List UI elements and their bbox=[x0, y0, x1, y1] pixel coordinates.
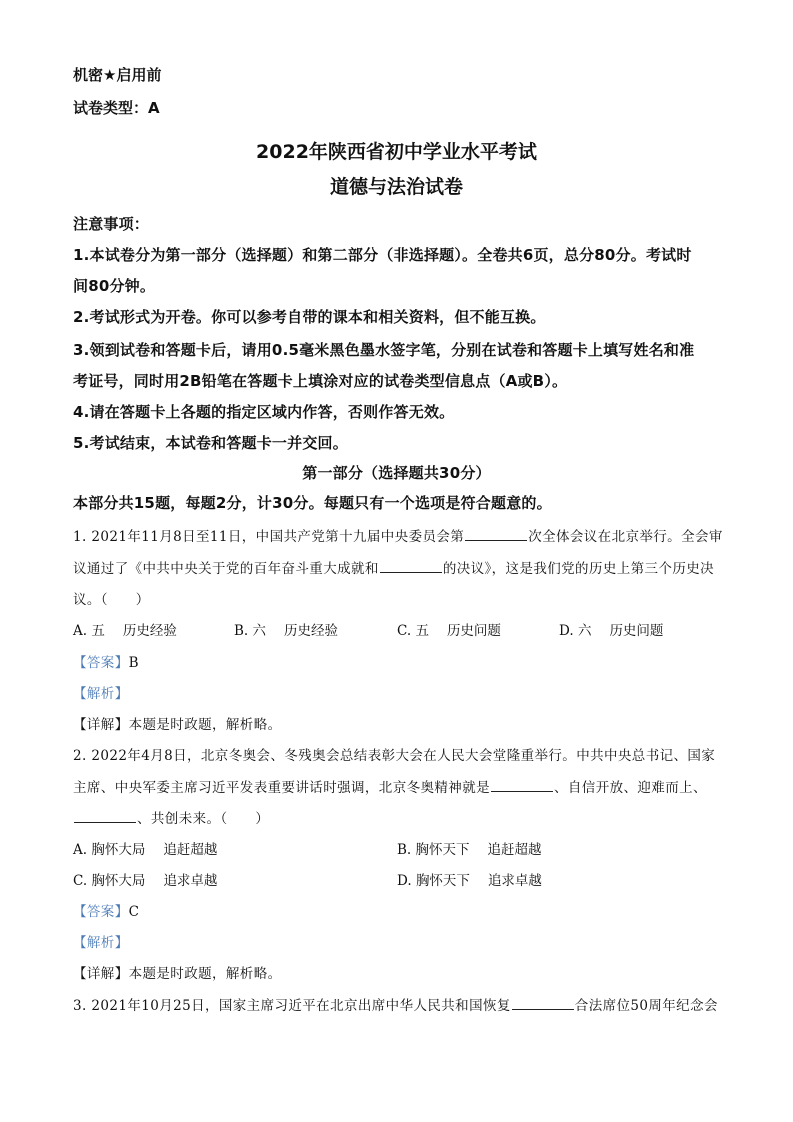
note-item: 3.领到试卷和答题卡后，请用0.5毫米黑色墨水签字笔，分别在试卷和答题卡上填写姓… bbox=[73, 339, 694, 360]
question-1-line-2: 议通过了《中共中央关于党的百年奋斗重大成就和的决议》，这是我们党的历史上第三个历… bbox=[73, 557, 714, 577]
question-1-line-1: 1. 2021年11月8日至11日，中国共产党第十九届中央委员会第次全体会议在北… bbox=[73, 525, 723, 545]
question-2-line-3: 、共创未来。（ ） bbox=[73, 807, 269, 827]
option-a: A. 胸怀大局追赶超越 bbox=[73, 838, 217, 858]
option-d: D. 六历史问题 bbox=[559, 619, 663, 639]
paper-type-label: 试卷类型：A bbox=[73, 97, 160, 118]
option-d: D. 胸怀天下追求卓越 bbox=[397, 869, 542, 889]
option-a: A. 五历史经验 bbox=[73, 619, 177, 639]
answer-blank bbox=[74, 810, 136, 823]
question-3-line-1: 3. 2021年10月25日，国家主席习近平在北京出席中华人民共和国恢复合法席位… bbox=[73, 994, 718, 1014]
answer-blank bbox=[380, 560, 442, 573]
question-2-line-1: 2. 2022年4月8日，北京冬奥会、冬残奥会总结表彰大会在人民大会堂隆重举行。… bbox=[73, 744, 715, 764]
detail-line: 【详解】本题是时政题，解析略。 bbox=[73, 962, 282, 982]
confidential-label: 机密★启用前 bbox=[73, 64, 161, 85]
option-b: B. 胸怀天下追赶超越 bbox=[397, 838, 542, 858]
part1-instruction: 本部分共15题，每题2分，计30分。每题只有一个选项是符合题意的。 bbox=[73, 492, 552, 513]
note-item: 1.本试卷分为第一部分（选择题）和第二部分（非选择题）。全卷共6页，总分80分。… bbox=[73, 244, 692, 265]
answer-value: C bbox=[129, 904, 140, 920]
answer-line: 【答案】C bbox=[73, 900, 139, 920]
exam-page: 机密★启用前 试卷类型：A 2022年陕西省初中学业水平考试 道德与法治试卷 注… bbox=[0, 0, 793, 1122]
exam-subtitle: 道德与法治试卷 bbox=[0, 172, 793, 199]
option-b: B. 六历史经验 bbox=[234, 619, 338, 639]
answer-line: 【答案】B bbox=[73, 651, 139, 671]
question-1-line-3: 议。（ ） bbox=[73, 588, 150, 608]
analysis-label: 【解析】 bbox=[73, 682, 129, 702]
answer-blank bbox=[512, 997, 574, 1010]
option-c: C. 五历史问题 bbox=[397, 619, 501, 639]
detail-line: 【详解】本题是时政题，解析略。 bbox=[73, 713, 282, 733]
question-2-line-2: 主席、中央军委主席习近平发表重要讲话时强调，北京冬奥精神就是、自信开放、迎难而上… bbox=[73, 776, 707, 796]
note-item: 考证号，同时用2B铅笔在答题卡上填涂对应的试卷类型信息点（A或B）。 bbox=[73, 370, 567, 391]
analysis-label: 【解析】 bbox=[73, 931, 129, 951]
note-item: 间80分钟。 bbox=[73, 275, 155, 296]
note-item: 4.请在答题卡上各题的指定区域内作答，否则作答无效。 bbox=[73, 401, 454, 422]
part1-heading: 第一部分（选择题共30分） bbox=[0, 462, 793, 483]
notes-heading: 注意事项： bbox=[73, 213, 149, 234]
answer-blank bbox=[465, 528, 527, 541]
exam-title: 2022年陕西省初中学业水平考试 bbox=[0, 137, 793, 164]
note-item: 2.考试形式为开卷。你可以参考自带的课本和相关资料，但不能互换。 bbox=[73, 306, 546, 327]
answer-blank bbox=[491, 779, 553, 792]
option-c: C. 胸怀大局追求卓越 bbox=[73, 869, 217, 889]
note-item: 5.考试结束，本试卷和答题卡一并交回。 bbox=[73, 432, 348, 453]
answer-value: B bbox=[129, 655, 139, 671]
